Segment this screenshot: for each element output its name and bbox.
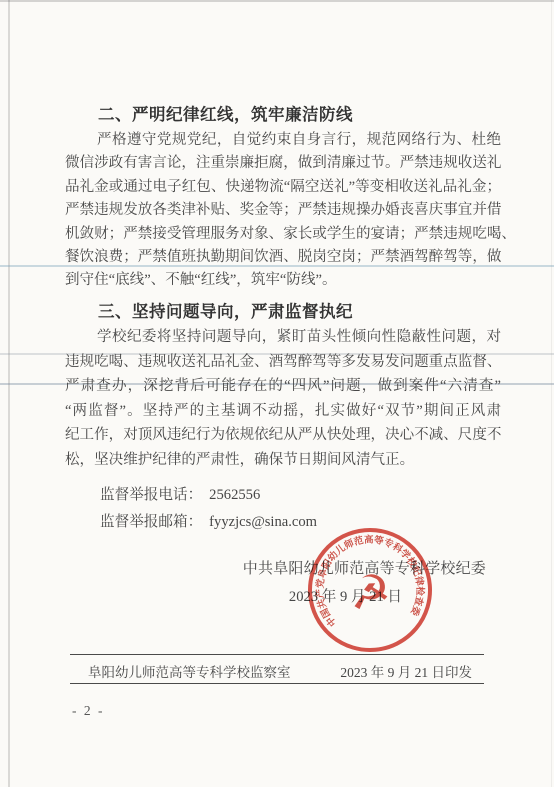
paragraph-line: 纪工作，对顶风违纪行为依规依纪从严从快处理，决心不减、尺度不 [65,423,501,448]
page-number: - 2 - [72,703,105,719]
signature-date: 2023 年 9 月 21 日 [289,585,402,606]
paragraph-line: 严肃查办，深挖背后可能存在的“四风”问题，做到案件“六清查” [65,374,501,399]
footer-row: 阜阳幼儿师范高等专科学校监察室 2023 年 9 月 21 日印发 [70,661,484,681]
paragraph-line: 严格遵守党规党纪，自觉约束自身言行，规范网络行为、杜绝 [65,129,501,152]
footer-rule-top [70,654,484,655]
footer-issuer: 阜阳幼儿师范高等专科学校监察室 [88,661,291,681]
report-email-address: fyyzjcs@sina.com [209,514,317,530]
paragraph-line: 违规吃喝、违规收送礼品礼金、酒驾醉驾等多发易发问题重点监督、 [65,350,501,375]
paragraph-line: 机敛财；严禁接受管理服务对象、家长或学生的宴请；严禁违规吃喝、 [65,223,501,246]
scan-edge-top [0,0,554,2]
section-2-paragraph: 严格遵守党规党纪，自觉约束自身言行，规范网络行为、杜绝微信涉政有害言论，注重崇廉… [65,129,501,293]
paragraph-line: 微信涉政有害言论，注重崇廉拒腐，做到清廉过节。严禁违规收送礼 [65,152,501,175]
scan-edge-right [551,0,552,787]
paragraph-line: 松，坚决维护纪律的严肃性，确保节日期间风清气正。 [65,448,501,473]
report-phone-label: 监督举报电话： [100,487,202,503]
paragraph-line: “两监督”。坚持严的主基调不动摇，扎实做好“双节”期间正风肃 [65,399,501,424]
report-email-label: 监督举报邮箱： [100,514,202,530]
scan-edge-left [8,0,10,787]
footer-print-date: 2023 年 9 月 21 日印发 [340,661,472,681]
paragraph-line: 品礼金或通过电子红包、快递物流“隔空送礼”等变相收送礼品礼金； [65,176,501,199]
paragraph-line: 严禁违规发放各类津补贴、奖金等；严禁违规操办婚丧喜庆事宜并借 [65,199,501,222]
section-3-heading: 三、坚持问题导向，严肃监督执纪 [65,298,501,322]
paragraph-line: 餐饮浪费；严禁值班执勤期间饮酒、脱岗空岗；严禁酒驾醉驾等，做 [65,246,501,269]
signature-org: 中共阜阳幼儿师范高等专科学校纪委 [243,557,486,578]
paragraph-line: 到守住“底线”、不触“红线”，筑牢“防线”。 [65,269,501,292]
section-2-heading: 二、严明纪律红线，筑牢廉洁防线 [65,101,501,125]
report-email-line: 监督举报邮箱：fyyzjcs@sina.com [100,510,317,531]
report-phone-line: 监督举报电话：2562556 [100,483,260,504]
report-phone-number: 2562556 [209,487,260,503]
scanned-document-page: 二、严明纪律红线，筑牢廉洁防线 严格遵守党规党纪，自觉约束自身言行，规范网络行为… [0,0,554,787]
paragraph-line: 学校纪委将坚持问题导向，紧盯苗头性倾向性隐蔽性问题，对 [65,325,501,350]
section-3-paragraph: 学校纪委将坚持问题导向，紧盯苗头性倾向性隐蔽性问题，对违规吃喝、违规收送礼品礼金… [65,325,501,473]
footer-rule-bottom [70,683,484,684]
